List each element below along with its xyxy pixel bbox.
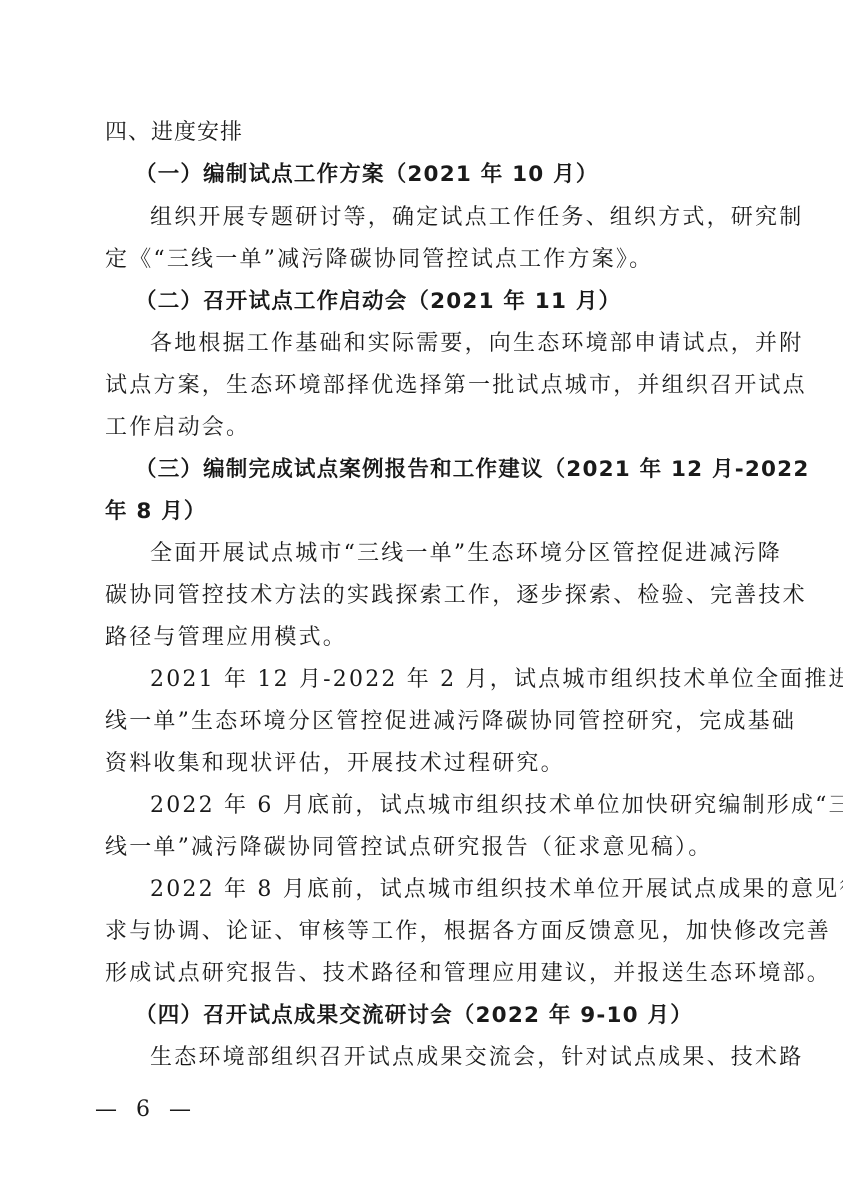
subsection-heading-1: （一）编制试点工作方案（2021 年 10 月）: [135, 160, 775, 190]
paragraph-line: 线一单”生态环境分区管控促进减污降碳协同管控研究，完成基础: [105, 707, 745, 737]
subsection-heading-2: （二）召开试点工作启动会（2021 年 11 月）: [135, 287, 775, 317]
section-title: 四、进度安排: [105, 118, 745, 148]
page-number: — 6 —: [95, 1095, 197, 1125]
paragraph-line: 形成试点研究报告、技术路径和管理应用建议，并报送生态环境部。: [105, 959, 745, 989]
paragraph-line: 工作启动会。: [105, 413, 745, 443]
paragraph-line: 试点方案，生态环境部择优选择第一批试点城市，并组织召开试点: [105, 371, 745, 401]
paragraph-line: 各地根据工作基础和实际需要，向生态环境部申请试点，并附: [150, 329, 790, 359]
paragraph-line: 2021 年 12 月-2022 年 2 月，试点城市组织技术单位全面推进“三: [150, 665, 790, 695]
paragraph-line: 线一单”减污降碳协同管控试点研究报告（征求意见稿）。: [105, 833, 745, 863]
paragraph-line: 资料收集和现状评估，开展技术过程研究。: [105, 749, 745, 779]
subsection-heading-4: （四）召开试点成果交流研讨会（2022 年 9-10 月）: [135, 1001, 775, 1031]
paragraph-line: 求与协调、论证、审核等工作，根据各方面反馈意见，加快修改完善: [105, 917, 745, 947]
paragraph-line: 定《“三线一单”减污降碳协同管控试点工作方案》。: [105, 245, 745, 275]
paragraph-line: 2022 年 6 月底前，试点城市组织技术单位加快研究编制形成“三: [150, 791, 790, 821]
subsection-heading-3: （三）编制完成试点案例报告和工作建议（2021 年 12 月-2022: [135, 455, 775, 485]
paragraph-line: 组织开展专题研讨等，确定试点工作任务、组织方式，研究制: [150, 203, 790, 233]
paragraph-line: 路径与管理应用模式。: [105, 623, 745, 653]
paragraph-line: 全面开展试点城市“三线一单”生态环境分区管控促进减污降: [150, 539, 790, 569]
paragraph-line: 生态环境部组织召开试点成果交流会，针对试点成果、技术路: [150, 1043, 790, 1073]
paragraph-line: 2022 年 8 月底前，试点城市组织技术单位开展试点成果的意见征: [150, 875, 790, 905]
paragraph-line: 碳协同管控技术方法的实践探索工作，逐步探索、检验、完善技术: [105, 581, 745, 611]
subsection-heading-3-cont: 年 8 月）: [105, 497, 745, 527]
